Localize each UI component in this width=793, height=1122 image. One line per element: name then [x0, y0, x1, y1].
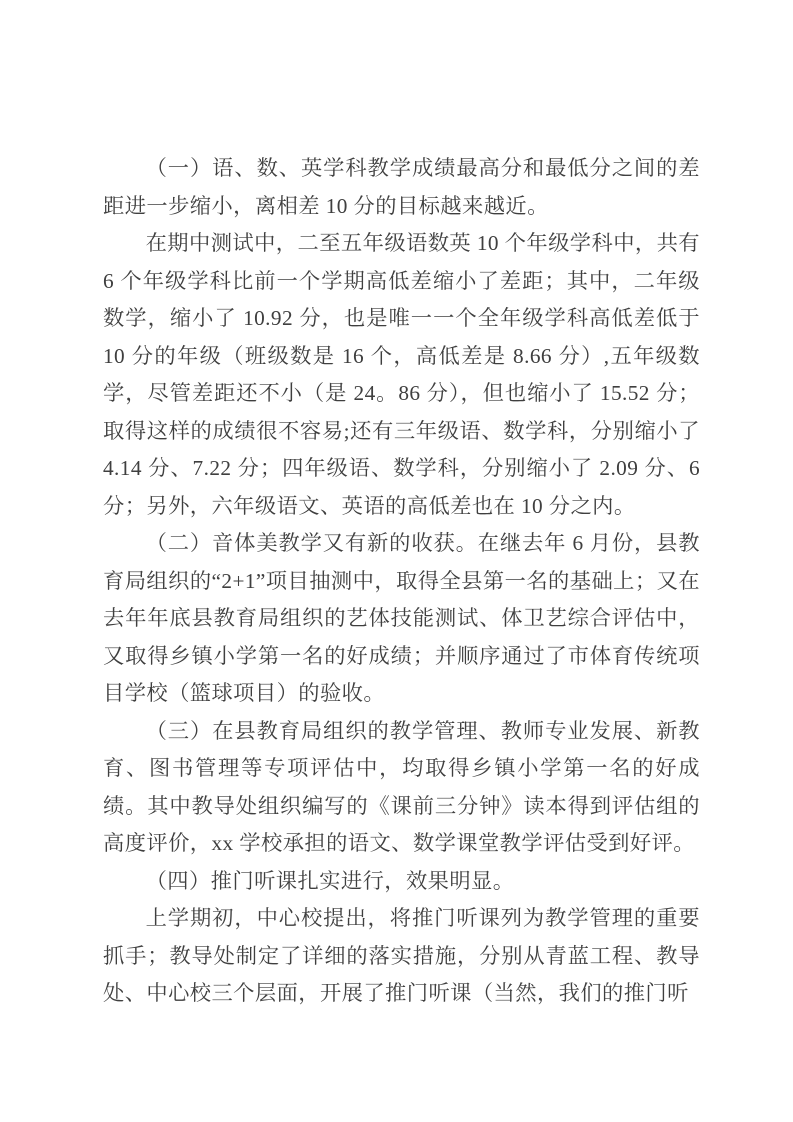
paragraph: （四）推门听课扎实进行，效果明显。 [103, 863, 700, 901]
document-body: （一）语、数、英学科教学成绩最高分和最低分之间的差距进一步缩小，离相差 10 分… [103, 150, 700, 1013]
paragraph: （一）语、数、英学科教学成绩最高分和最低分之间的差距进一步缩小，离相差 10 分… [103, 150, 700, 225]
paragraph: （二）音体美教学又有新的收获。在继去年 6 月份，县教育局组织的“2+1”项目抽… [103, 525, 700, 713]
document-page: （一）语、数、英学科教学成绩最高分和最低分之间的差距进一步缩小，离相差 10 分… [0, 0, 793, 1122]
paragraph: 上学期初，中心校提出，将推门听课列为教学管理的重要抓手；教导处制定了详细的落实措… [103, 900, 700, 1013]
paragraph: 在期中测试中，二至五年级语数英 10 个年级学科中，共有 6 个年级学科比前一个… [103, 225, 700, 525]
paragraph: （三）在县教育局组织的教学管理、教师专业发展、新教育、图书管理等专项评估中，均取… [103, 713, 700, 863]
